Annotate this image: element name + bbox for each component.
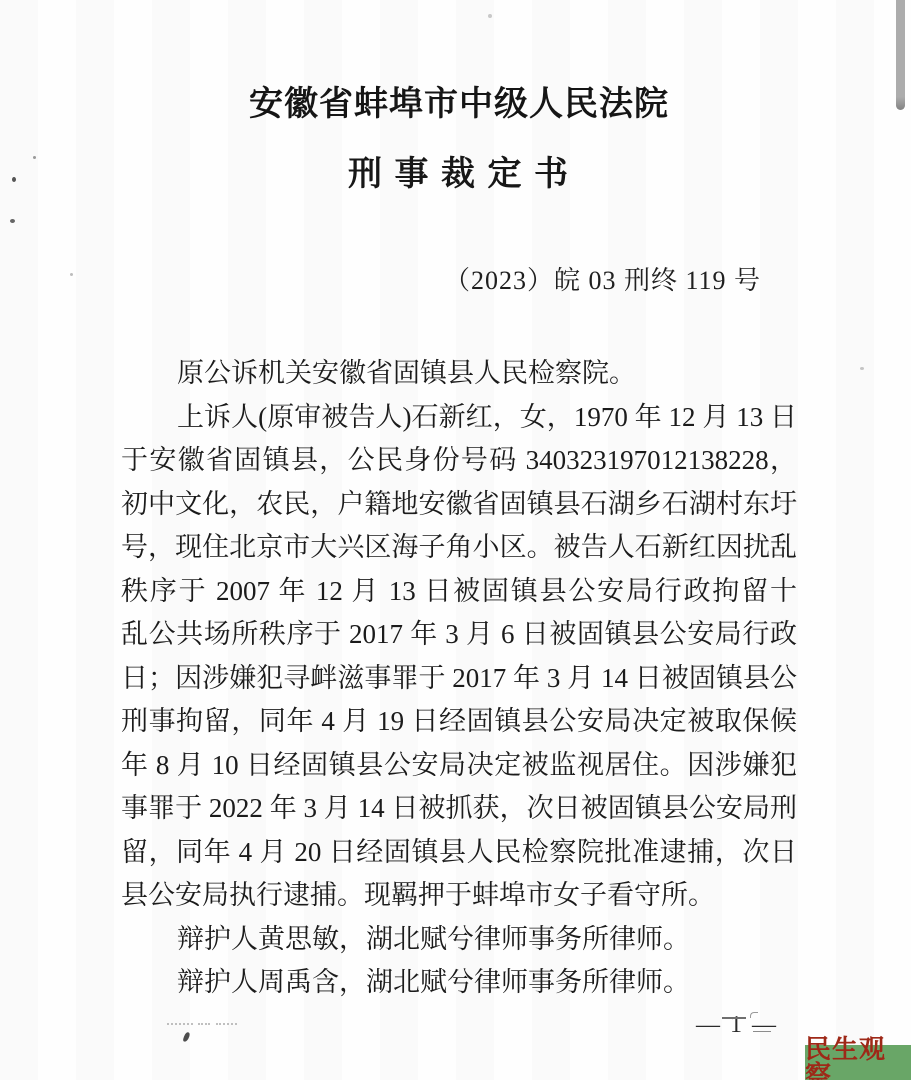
- scan-speck: [860, 367, 864, 370]
- document-line: 日；因涉嫌犯寻衅滋事罪于 2017 年 3 月 14 日被固镇县公安局: [121, 657, 797, 701]
- scan-dots-artifact: [216, 1023, 237, 1025]
- document-line: 县公安局执行逮捕。现羁押于蚌埠市女子看守所。: [121, 874, 797, 918]
- scan-speck: [488, 14, 492, 18]
- document-line: 秩序于 2007 年 12 月 13 日被固镇县公安局行政拘留十日；因扰: [121, 570, 797, 614]
- scan-comma-artifact: [183, 1031, 191, 1042]
- scan-speck: [33, 156, 36, 159]
- document-line: 乱公共场所秩序于 2017 年 3 月 6 日被固镇县公安局行政拘留八: [121, 613, 797, 657]
- case-number: （2023）皖 03 刑终 119 号: [121, 260, 797, 297]
- document-type-title: 刑 事 裁 定 书: [121, 146, 797, 195]
- scan-speck: [12, 177, 16, 182]
- court-title: 安徽省蚌埠市中级人民法院: [121, 76, 797, 125]
- document-line: 初中文化，农民，户籍地安徽省固镇县石湖乡石湖村东圩组 39: [121, 483, 797, 527]
- scanned-document-page: 安徽省蚌埠市中级人民法院 刑 事 裁 定 书 （2023）皖 03 刑终 119…: [0, 0, 911, 1080]
- document-line: 事罪于 2022 年 3 月 14 日被抓获，次日被固镇县公安局刑事拘: [121, 787, 797, 831]
- document-line: 辩护人黄思敏，湖北赋兮律师事务所律师。: [121, 918, 797, 962]
- scan-dots-artifact: [167, 1023, 193, 1025]
- scan-line-artifact: [753, 1031, 771, 1032]
- scan-arc-artifact: [750, 1012, 758, 1018]
- scan-line-artifact: [722, 1017, 746, 1019]
- scan-dots-artifact: [198, 1023, 210, 1025]
- document-line: 原公诉机关安徽省固镇县人民检察院。: [121, 352, 797, 396]
- document-line: 辩护人周禹含，湖北赋兮律师事务所律师。: [121, 961, 797, 1005]
- document-line: 于安徽省固镇县，公民身份号码 340323197012138228，汉族，: [121, 439, 797, 483]
- watermark-badge: 民生观察: [805, 1045, 911, 1080]
- document-body: 原公诉机关安徽省固镇县人民检察院。上诉人(原审被告人)石新红，女，1970 年 …: [121, 352, 797, 1005]
- scan-speck: [70, 273, 73, 276]
- document-line: 号，现住北京市大兴区海子角小区。被告人石新红因扰乱单位: [121, 526, 797, 570]
- page-number: — 1 —: [696, 1012, 796, 1039]
- document-line: 刑事拘留，同年 4 月 19 日经固镇县公安局决定被取保候审，同: [121, 700, 797, 744]
- scan-speck: [10, 219, 15, 223]
- scan-edge-bar-artifact: [896, 0, 905, 110]
- document-line: 年 8 月 10 日经固镇县公安局决定被监视居住。因涉嫌犯寻衅滋: [121, 744, 797, 788]
- document-line: 上诉人(原审被告人)石新红，女，1970 年 12 月 13 日出生: [121, 396, 797, 440]
- document-line: 留，同年 4 月 20 日经固镇县人民检察院批准逮捕，次日由固镇: [121, 831, 797, 875]
